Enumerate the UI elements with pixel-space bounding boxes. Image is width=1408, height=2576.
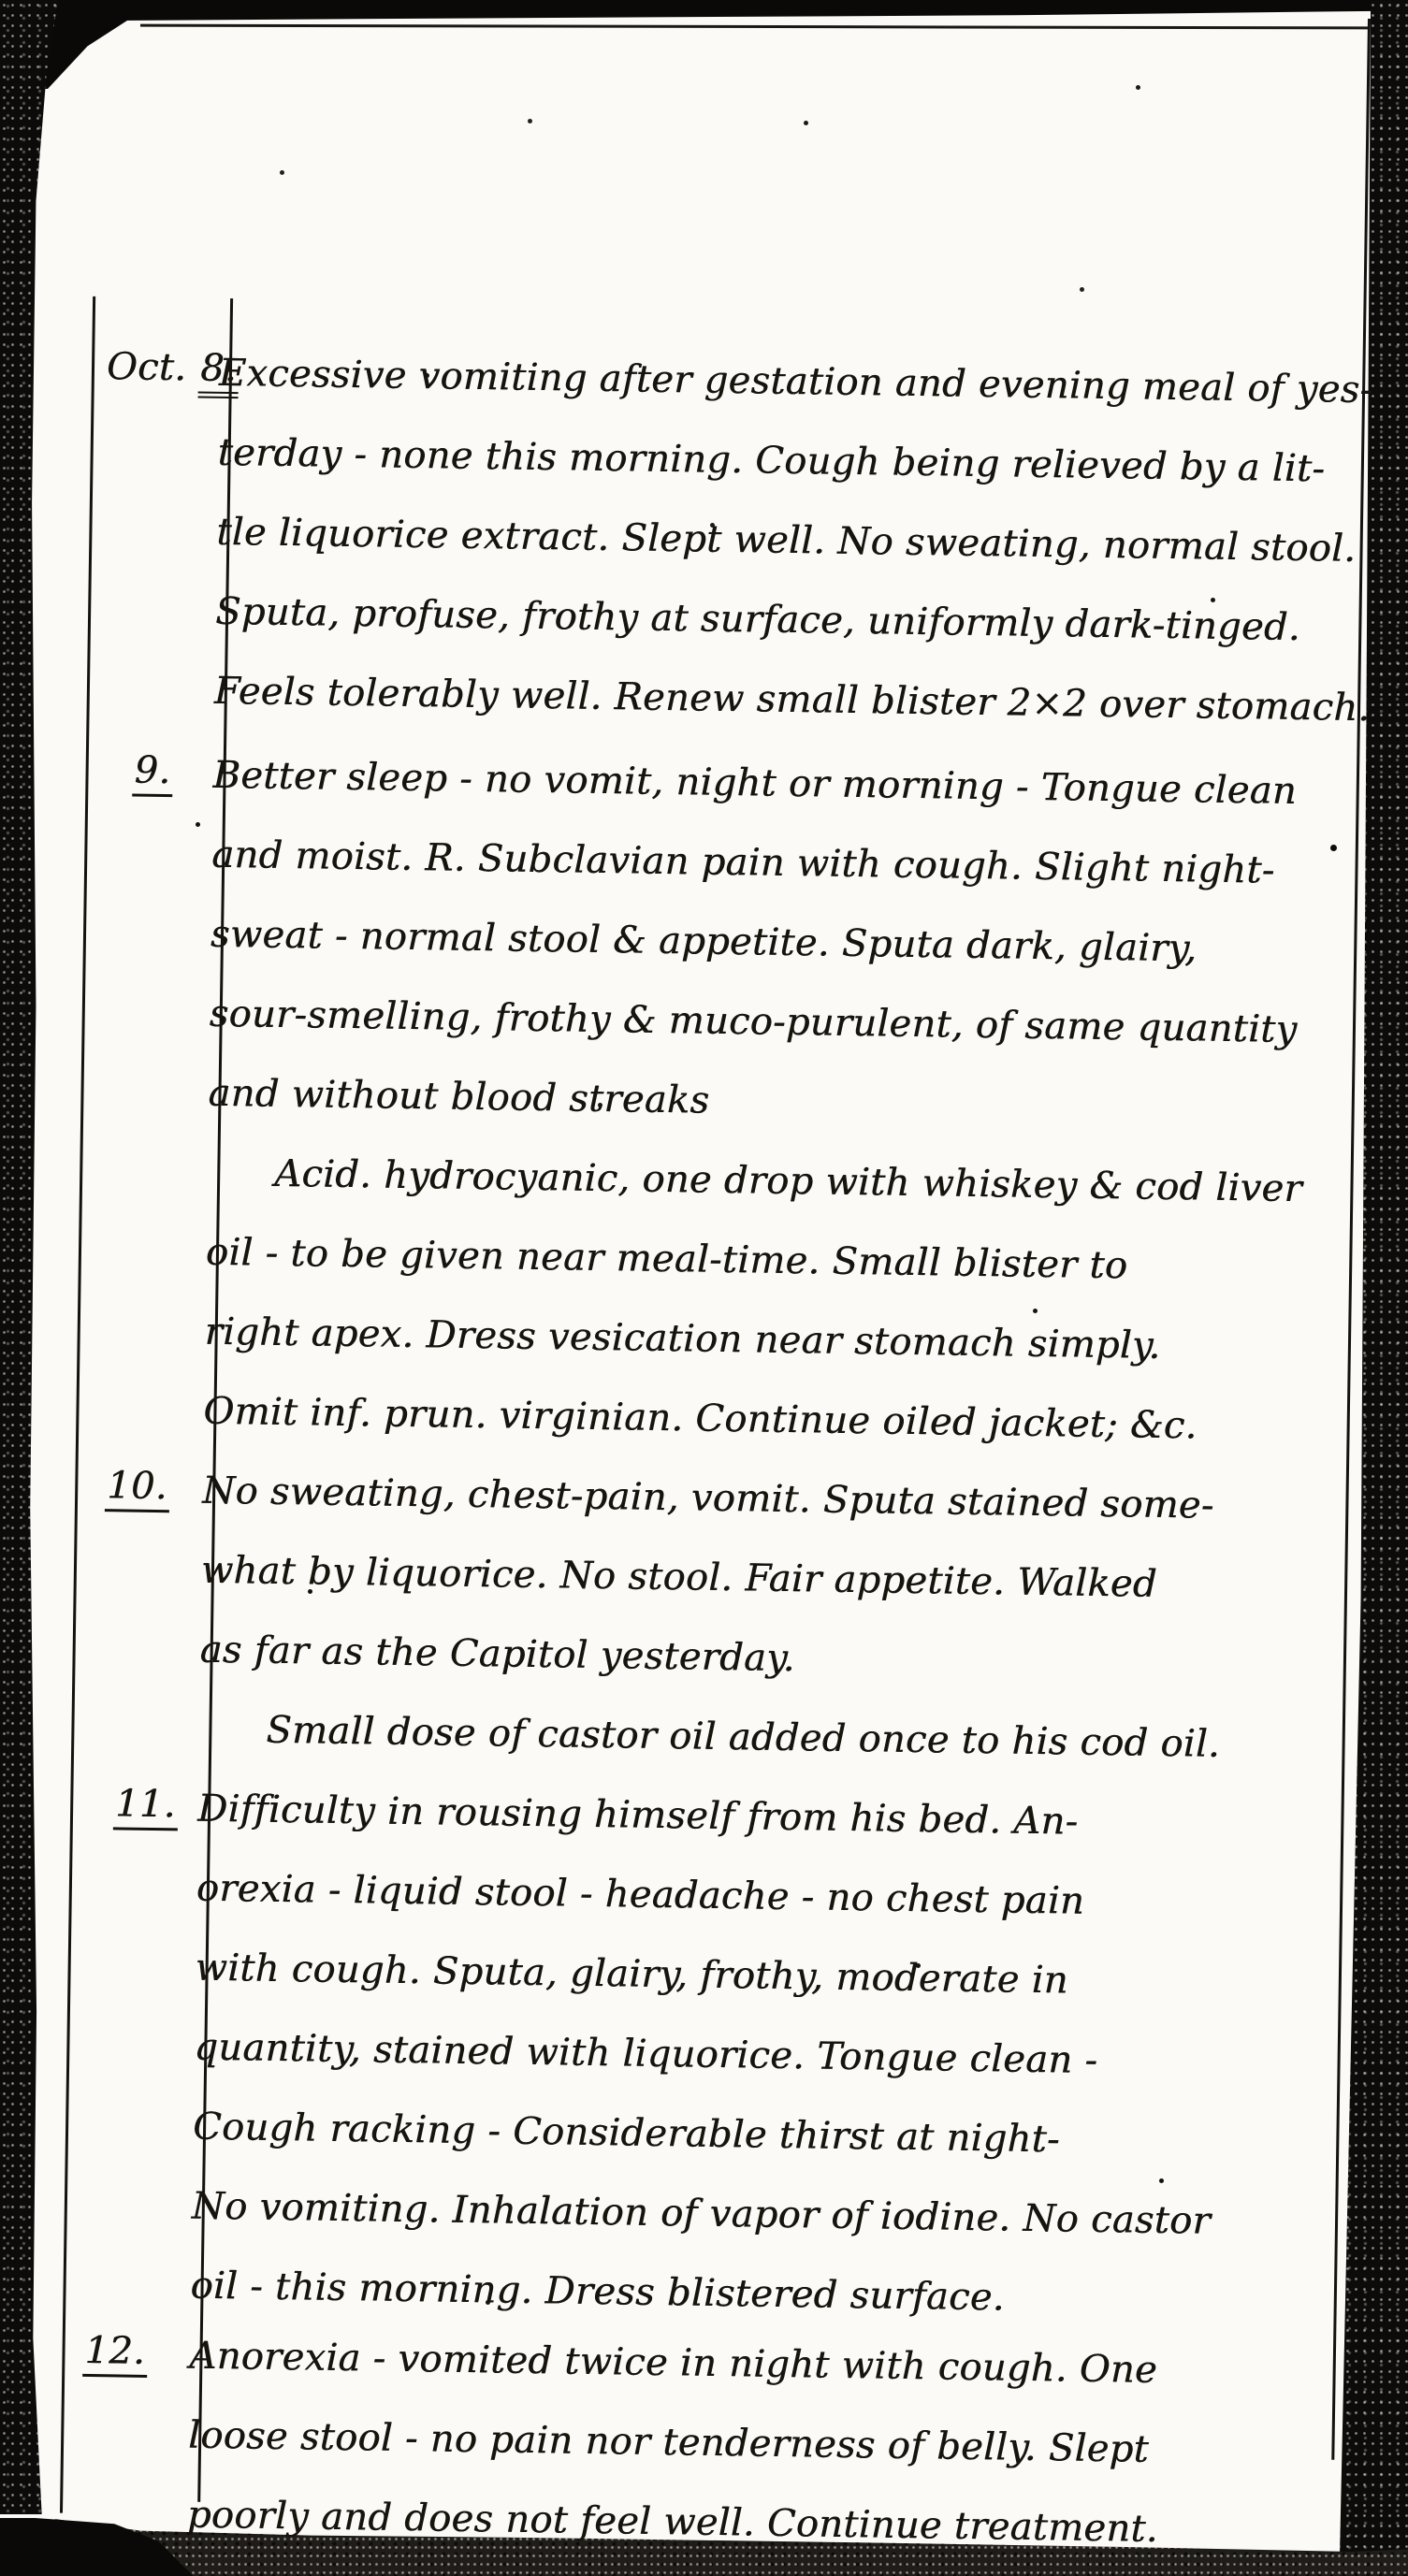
ledger-sheet: Oct. 8. 9. 10. 11. 12. Excessive vomitin… (0, 0, 1408, 2576)
entry-10-text: No sweating, chest-pain, vomit. Sputa st… (199, 1452, 1363, 1707)
entry-12-text: Anorexia - vomited twice in night with c… (186, 2317, 1350, 2572)
entry-date-day: 10. (105, 1464, 169, 1512)
entry-date-month: Oct. (107, 345, 187, 389)
entry-date-9: 9. (132, 749, 173, 798)
manuscript-line: Feels tolerably well. Renew small bliste… (213, 652, 1374, 748)
entry-11-text: Difficulty in rousing himself from his b… (190, 1770, 1358, 2343)
entry-date-day: 11. (113, 1782, 178, 1831)
entry-date-12: 12. (82, 2329, 147, 2378)
date-column-rule-left (60, 297, 95, 2513)
scanned-page: Oct. 8. 9. 10. 11. 12. Excessive vomitin… (0, 0, 1408, 2576)
entry-date-day: 12. (82, 2329, 147, 2378)
entry-9-text: Better sleep - no vomit, night or mornin… (208, 736, 1373, 1151)
entry-date-day: 9. (132, 749, 173, 798)
entry-oct-8-text: Excessive vomiting after gestation and e… (213, 334, 1379, 748)
entry-date-10: 10. (105, 1464, 169, 1512)
entry-date-11: 11. (113, 1782, 178, 1831)
entry-9-treatment-text: Acid. hydrocyanic, one drop with whiskey… (203, 1134, 1368, 1469)
manuscript-line: poorly and does not feel well. Continue … (186, 2476, 1347, 2572)
